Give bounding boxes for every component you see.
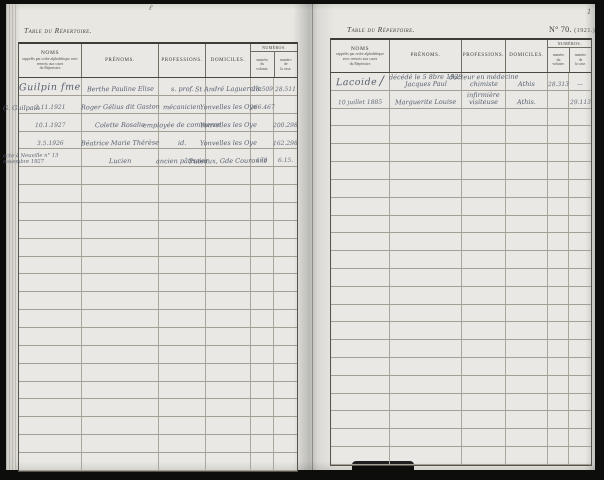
- cell-noms: 10.1.1927: [19, 114, 82, 131]
- cell-numero-case: 200.298: [274, 114, 297, 131]
- table-row: [19, 185, 297, 203]
- table-row: [331, 429, 591, 447]
- table-row: [331, 233, 591, 251]
- cell-prenoms: [390, 269, 462, 286]
- header-numero-case: numérodela case.: [275, 52, 298, 77]
- table-row: [331, 109, 591, 127]
- header-professions-label: PROFESSIONS.: [161, 58, 202, 64]
- professions-text: visiteuse: [469, 99, 498, 107]
- header-numero-volume: numéroduvolume.: [251, 52, 275, 77]
- cell-domiciles: [506, 340, 548, 357]
- cell-noms: [19, 167, 82, 184]
- cell-numero-case: [569, 305, 591, 322]
- cell-noms: [19, 203, 82, 220]
- table-row: [19, 382, 297, 400]
- cell-domiciles: [506, 144, 548, 161]
- cell-numero-case: [274, 310, 297, 327]
- numero-case-text: 6.15.: [278, 158, 293, 165]
- table-row: [19, 364, 297, 382]
- header-cell-domiciles: DOMICILES.: [206, 44, 251, 77]
- table-row: [331, 198, 591, 216]
- cell-domiciles: [206, 239, 251, 256]
- cell-numero-volume: [251, 257, 274, 274]
- cell-domiciles: [206, 221, 251, 238]
- right-page-number: N° 70. (1921.): [549, 25, 595, 34]
- cell-professions: [159, 257, 206, 274]
- cell-numero-volume: [251, 346, 274, 363]
- nom-text: 10 juillet 1885: [338, 100, 382, 107]
- cell-domiciles: Puteaux, Gde Couronne: [206, 149, 251, 166]
- nom-flourish-stroke: ∕: [379, 74, 383, 89]
- cell-numero-case: 28.511: [274, 78, 297, 95]
- cell-domiciles: [506, 411, 548, 428]
- cell-noms: Lacoide∕: [331, 73, 390, 90]
- cell-prenoms: [82, 292, 159, 309]
- cell-noms: [331, 340, 390, 357]
- cell-numero-volume: 28.509: [251, 78, 274, 95]
- cell-domiciles: Athis: [506, 73, 548, 90]
- cell-domiciles: [206, 310, 251, 327]
- table-row: [19, 292, 297, 310]
- cell-numero-case: [569, 126, 591, 143]
- cell-prenoms: [390, 233, 462, 250]
- cell-professions: [159, 274, 206, 291]
- cell-professions: [462, 109, 506, 126]
- margin-name-line: novembre 1927: [3, 160, 44, 166]
- header-cell-numeros: NUMÉROS.numéroduvolume.numérodela case.: [548, 40, 591, 72]
- table-row: [19, 203, 297, 221]
- cell-domiciles: [206, 167, 251, 184]
- cell-prenoms: [390, 126, 462, 143]
- table-row: [19, 167, 297, 185]
- header-professions-label: PROFESSIONS.: [463, 53, 504, 59]
- table-row: [19, 274, 297, 292]
- table-row: [331, 144, 591, 162]
- cell-noms: [19, 221, 82, 238]
- cell-domiciles: [506, 126, 548, 143]
- cell-numero-volume: [251, 364, 274, 381]
- header-prenoms-label: PRÉNOMS.: [105, 58, 135, 64]
- cell-domiciles: [506, 394, 548, 411]
- table-header-row: NOMSrappelés par ordre alphabétique avec…: [19, 44, 297, 78]
- header-numeros-subcolumns: numéroduvolume.numérodela case.: [548, 48, 591, 72]
- cell-prenoms: [390, 216, 462, 233]
- numero-case-text: 162.298: [273, 140, 298, 147]
- cell-prenoms: [390, 287, 462, 304]
- cell-numero-case: [274, 185, 297, 202]
- header-domiciles-label: DOMICILES.: [211, 58, 245, 64]
- cell-domiciles: [506, 358, 548, 375]
- table-row: [19, 257, 297, 275]
- cell-noms: [331, 126, 390, 143]
- cell-professions: [462, 429, 506, 446]
- nom-text: 2.11.1921: [35, 105, 66, 112]
- header-numero-volume-word: volume.: [552, 62, 564, 67]
- header-cell-prenoms: PRÉNOMS.: [390, 40, 462, 72]
- cell-noms: [331, 233, 390, 250]
- cell-noms: [19, 310, 82, 327]
- cell-prenoms: [390, 144, 462, 161]
- table-row: Guilpin fmeBerthe Pauline Elises. prof.S…: [19, 78, 297, 96]
- cell-professions: [462, 394, 506, 411]
- cell-numero-case: [569, 269, 591, 286]
- cell-numero-case: [569, 340, 591, 357]
- cell-prenoms: [390, 411, 462, 428]
- cell-prenoms: [82, 167, 159, 184]
- table-row: [331, 287, 591, 305]
- cell-numero-case: [569, 251, 591, 268]
- cell-noms: [19, 417, 82, 434]
- cell-numero-volume: [548, 162, 569, 179]
- cell-prenoms: [82, 221, 159, 238]
- cell-numero-case: [274, 382, 297, 399]
- cell-professions: [159, 435, 206, 452]
- cell-noms: [331, 394, 390, 411]
- cell-prenoms: [82, 453, 159, 470]
- cell-domiciles: [506, 180, 548, 197]
- nom-text: Lacoide: [336, 78, 377, 89]
- cell-domiciles: [506, 305, 548, 322]
- header-prenoms-label: PRÉNOMS.: [411, 53, 441, 59]
- cell-domiciles: [206, 364, 251, 381]
- table-row: [19, 346, 297, 364]
- header-cell-noms: NOMSrappelés par ordre alphabétique avec…: [19, 44, 82, 77]
- cell-prenoms: [390, 305, 462, 322]
- cell-numero-case: 162.298: [274, 132, 297, 149]
- professions-text: s. prof.: [171, 86, 194, 94]
- cell-prenoms: [82, 185, 159, 202]
- cell-prenoms: Roger Gélius dit Gaston: [82, 96, 159, 113]
- cell-numero-volume: [251, 453, 274, 470]
- nom-text-wrap: 10 juillet 1885: [338, 100, 382, 107]
- cell-numero-case: [569, 180, 591, 197]
- cell-prenoms: [82, 310, 159, 327]
- table-row: 10 juillet 1885Marguerite Louiseinfirmiè…: [331, 91, 591, 109]
- cell-prenoms: [390, 340, 462, 357]
- cell-numero-volume: [548, 411, 569, 428]
- cell-domiciles: Yonvelles les Oye: [206, 114, 251, 131]
- cell-professions: [462, 180, 506, 197]
- cell-professions: [159, 310, 206, 327]
- cell-numero-case: [274, 257, 297, 274]
- cell-numero-volume: [548, 322, 569, 339]
- cell-domiciles: St André Laguerelle: [206, 78, 251, 95]
- cell-numero-case: [569, 233, 591, 250]
- left-repertoire-table: NOMSrappelés par ordre alphabétique avec…: [18, 42, 298, 472]
- cell-noms: [19, 453, 82, 470]
- cell-numero-volume: [251, 132, 274, 149]
- table-row: [331, 269, 591, 287]
- cell-numero-volume: [548, 376, 569, 393]
- cell-prenoms: [82, 364, 159, 381]
- cell-numero-volume: [548, 269, 569, 286]
- table-row: [19, 453, 297, 471]
- cell-noms: [331, 162, 390, 179]
- cell-prenoms: Béatrice Marie Thérèse: [82, 132, 159, 149]
- domiciles-text: Athis.: [517, 99, 536, 107]
- cell-numero-case: [569, 216, 591, 233]
- cell-noms: [19, 364, 82, 381]
- cell-domiciles: [506, 162, 548, 179]
- cell-noms: [331, 447, 390, 464]
- cell-numero-case: [569, 376, 591, 393]
- cell-noms: [331, 429, 390, 446]
- cell-prenoms: [390, 322, 462, 339]
- cell-domiciles: [206, 435, 251, 452]
- cell-noms: 10 juillet 1885: [331, 91, 390, 108]
- table-row: [19, 328, 297, 346]
- cell-professions: [462, 322, 506, 339]
- cell-noms: [331, 216, 390, 233]
- cell-prenoms: [390, 162, 462, 179]
- table-row: [331, 447, 591, 465]
- cell-noms: [19, 346, 82, 363]
- cell-domiciles: [506, 447, 548, 464]
- cell-prenoms: Marguerite Louise: [390, 91, 462, 108]
- nom-text-wrap: Guilpin fme: [19, 83, 81, 94]
- cell-noms: Guilpin fme: [19, 78, 82, 95]
- cell-domiciles: [506, 216, 548, 233]
- right-page-title: Table du Répertoire.: [347, 25, 415, 34]
- corner-page-number: 1: [587, 7, 591, 16]
- prenoms-text: Roger Gélius dit Gaston: [81, 104, 160, 112]
- table-row: [331, 411, 591, 429]
- cell-prenoms: [390, 447, 462, 464]
- cell-noms: [331, 198, 390, 215]
- repertoire-number: N° 70.: [549, 25, 572, 34]
- cell-prenoms: [390, 180, 462, 197]
- header-cell-prenoms: PRÉNOMS.: [82, 44, 159, 77]
- nom-text-wrap: 3.5.1926: [37, 141, 64, 148]
- prenoms-text: Berthe Pauline Elise: [86, 86, 153, 94]
- domiciles-text: Yonvelles les Oye: [199, 104, 256, 112]
- professions-text: chimiste: [469, 81, 497, 89]
- professions-text: id.: [178, 140, 186, 148]
- cell-professions: [462, 251, 506, 268]
- cell-domiciles: [206, 453, 251, 470]
- cell-numero-volume: [251, 399, 274, 416]
- cell-prenoms: [82, 203, 159, 220]
- cell-numero-volume: [548, 340, 569, 357]
- cell-domiciles: Yonvelles les Oye: [206, 132, 251, 149]
- table-row: [19, 310, 297, 328]
- cell-prenoms: [82, 346, 159, 363]
- cell-professions: [462, 162, 506, 179]
- cell-professions: [462, 376, 506, 393]
- cell-professions: [159, 417, 206, 434]
- cell-noms: [331, 358, 390, 375]
- cell-numero-volume: [251, 417, 274, 434]
- cell-domiciles: [206, 185, 251, 202]
- cell-numero-case: [569, 144, 591, 161]
- cell-noms: G. Guilpain2.11.1921: [19, 96, 82, 113]
- prenoms-text: Jacques Paul: [404, 81, 446, 89]
- cell-noms: [331, 411, 390, 428]
- cell-professions: [159, 203, 206, 220]
- cell-noms: 3.5.1926: [19, 132, 82, 149]
- cell-numero-volume: [251, 203, 274, 220]
- cell-domiciles: [206, 346, 251, 363]
- cell-professions: [462, 287, 506, 304]
- numero-case-text: 200.298: [273, 123, 298, 130]
- cell-numero-case: [274, 239, 297, 256]
- cell-noms: [19, 382, 82, 399]
- cell-noms: [19, 435, 82, 452]
- table-row: [331, 180, 591, 198]
- nom-text-wrap: 10.1.1927: [35, 123, 66, 130]
- cell-prenoms: [82, 417, 159, 434]
- cell-domiciles: [506, 376, 548, 393]
- cell-numero-volume: [548, 358, 569, 375]
- cell-professions: mécanicien: [159, 96, 206, 113]
- table-row: 10.1.1927Colette Rosalieemployée de comm…: [19, 114, 297, 132]
- prenoms-text: Béatrice Marie Thérèse: [81, 140, 159, 148]
- cell-prenoms: [82, 382, 159, 399]
- cell-numero-case: [274, 274, 297, 291]
- cell-domiciles: [506, 198, 548, 215]
- cell-numero-case: [569, 447, 591, 464]
- cell-numero-case: [274, 292, 297, 309]
- cell-domiciles: [506, 269, 548, 286]
- cell-professions: [159, 399, 206, 416]
- cell-numero-volume: [548, 109, 569, 126]
- table-row: [331, 340, 591, 358]
- nom-text-wrap: 2.11.1921: [35, 105, 66, 112]
- cell-numero-case: 6.15.: [274, 149, 297, 166]
- cell-numero-volume: [548, 180, 569, 197]
- header-numeros-subcolumns: numéroduvolume.numérodela case.: [251, 52, 297, 77]
- cell-noms: [331, 287, 390, 304]
- cell-prenoms: Berthe Pauline Elise: [82, 78, 159, 95]
- header-domiciles-label: DOMICILES.: [509, 53, 543, 59]
- numero-volume-text: 266.467: [250, 105, 275, 112]
- cell-prenoms: [390, 394, 462, 411]
- cell-numero-case: [569, 109, 591, 126]
- nom-text: Guilpin fme: [19, 83, 81, 95]
- cell-professions: [159, 453, 206, 470]
- cell-numero-volume: [548, 91, 569, 108]
- cell-numero-volume: [251, 221, 274, 238]
- cell-professions: employée de commerce: [159, 114, 206, 131]
- cell-numero-volume: 28.313: [548, 73, 569, 90]
- cell-noms: [331, 376, 390, 393]
- cell-numero-volume: [548, 394, 569, 411]
- cell-domiciles: [506, 233, 548, 250]
- cell-numero-volume: [548, 305, 569, 322]
- prenoms-text: Lucien: [109, 158, 131, 166]
- nom-text: 10.1.1927: [35, 123, 66, 130]
- cell-domiciles: [506, 251, 548, 268]
- cell-numero-volume: [251, 114, 274, 131]
- cell-prenoms: [390, 109, 462, 126]
- cell-domiciles: [206, 417, 251, 434]
- table-row: [331, 216, 591, 234]
- cell-noms: [19, 257, 82, 274]
- cell-numero-case: [274, 453, 297, 470]
- cell-numero-volume: 178: [251, 149, 274, 166]
- header-cell-domiciles: DOMICILES.: [506, 40, 548, 72]
- cell-numero-volume: [251, 435, 274, 452]
- table-row: [331, 126, 591, 144]
- cell-numero-case: [274, 328, 297, 345]
- cell-numero-volume: [548, 144, 569, 161]
- cell-domiciles: [206, 292, 251, 309]
- cell-numero-volume: [548, 429, 569, 446]
- book-page-edges: [6, 4, 16, 470]
- header-noms-subtitle2: du Répertoire.: [349, 62, 371, 66]
- cell-prenoms: [390, 376, 462, 393]
- cell-prenoms: [390, 251, 462, 268]
- table-header-row: NOMSrappelés par ordre alphabétique avec…: [331, 40, 591, 73]
- cell-numero-volume: [548, 447, 569, 464]
- table-row: [331, 394, 591, 412]
- cell-domiciles: [506, 322, 548, 339]
- numero-case-text: 29.113: [569, 100, 590, 107]
- header-numero-case: numérodela case.: [570, 48, 591, 72]
- cell-numero-case: [569, 162, 591, 179]
- cell-numero-case: [569, 358, 591, 375]
- cell-numero-case: [274, 364, 297, 381]
- table-row: [19, 239, 297, 257]
- numero-case-text: 28.511: [275, 87, 296, 94]
- header-noms-subtitle2: du Répertoire.: [39, 66, 61, 70]
- cell-domiciles: [206, 274, 251, 291]
- cell-noms: [19, 328, 82, 345]
- cell-prenoms: [82, 435, 159, 452]
- table-row: [19, 435, 297, 453]
- cell-numero-volume: [548, 287, 569, 304]
- cell-numero-volume: [548, 216, 569, 233]
- cell-numero-case: 29.113: [569, 91, 591, 108]
- domiciles-text: Athis: [518, 81, 535, 89]
- cell-numero-case: [274, 399, 297, 416]
- table-row: [19, 221, 297, 239]
- cell-professions: [462, 447, 506, 464]
- cell-professions: [462, 269, 506, 286]
- cell-numero-case: [274, 221, 297, 238]
- cell-numero-case: [569, 394, 591, 411]
- table-row: Lacoide∕décédé le 5 8bre 1929Jacques Pau…: [331, 73, 591, 91]
- cell-numero-volume: [251, 239, 274, 256]
- cell-domiciles: Athis.: [506, 91, 548, 108]
- cell-noms: [331, 144, 390, 161]
- cell-numero-volume: [548, 233, 569, 250]
- header-numero-case-word: la case.: [575, 62, 586, 67]
- cell-numero-case: [274, 167, 297, 184]
- cell-professions: [462, 411, 506, 428]
- cell-noms: [19, 185, 82, 202]
- header-numero-case-word: la case.: [280, 67, 291, 72]
- cell-numero-volume: [251, 328, 274, 345]
- cell-noms: [331, 269, 390, 286]
- cell-prenoms: [390, 358, 462, 375]
- header-cell-noms: NOMSrappelés par ordre alphabétique avec…: [331, 40, 390, 72]
- cell-noms: [331, 180, 390, 197]
- cell-noms: [19, 239, 82, 256]
- nom-text: 3.5.1926: [37, 140, 64, 147]
- cell-numero-case: [274, 346, 297, 363]
- cell-prenoms: [390, 198, 462, 215]
- cell-professions: [462, 216, 506, 233]
- cell-domiciles: [506, 287, 548, 304]
- table-row: G. Guilpain2.11.1921Roger Gélius dit Gas…: [19, 96, 297, 114]
- numero-volume-text: 178: [256, 158, 268, 165]
- cell-numero-case: [569, 411, 591, 428]
- cell-numero-volume: [548, 198, 569, 215]
- cell-domiciles: [206, 257, 251, 274]
- left-page-title: Table du Répertoire.: [24, 26, 92, 35]
- cell-numero-case: —: [569, 73, 591, 90]
